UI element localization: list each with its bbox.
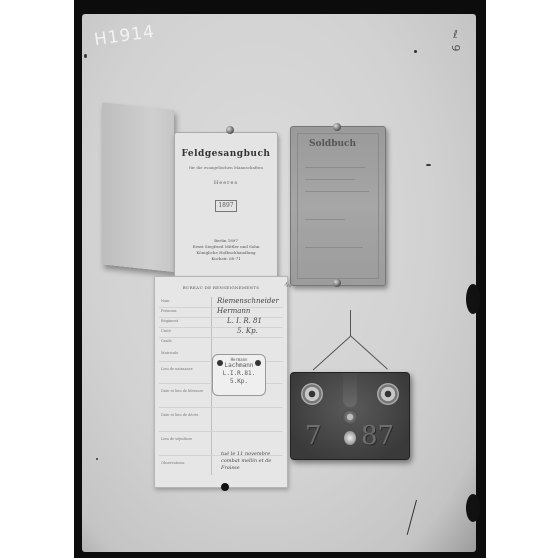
first-name-value: Hermann [217,307,250,315]
mounting-pin [226,126,234,134]
field-label: Grade [161,339,209,343]
leather-pouch: 7 87 [290,372,410,460]
hymnbook-cover [102,102,174,272]
photo-background: H1914 ℓ 9 Feldgesangbuch für die evangel… [82,14,476,552]
text-line [305,179,355,180]
field-label: Prénoms [161,309,209,313]
text-line [305,219,345,220]
company-value: 5. Kp. [237,327,258,335]
soldbuch-title: Soldbuch [309,139,356,149]
hymnbook-title: Feldgesangbuch [175,149,277,159]
tag-hole [255,360,261,366]
imprint-line: Kochstr. 68-71 [175,256,277,262]
pouch-numeral: 87 [361,421,394,451]
field-label: Date et lieu de blessure [161,389,209,393]
speck [84,54,87,58]
pouch-button [344,431,356,445]
scratch [407,500,417,535]
hanging-wire [350,335,388,369]
mounting-pin [333,123,341,131]
tag-line: L.I.R.81. [213,370,265,378]
soldbuch-border [297,133,379,279]
field-label: Régiment [161,319,209,323]
identity-tag: Hermann Lachmann L.I.R.81. 5.Kp. [212,354,266,396]
plate-number: H1914 [93,22,156,50]
cockade-icon [301,383,323,405]
hanging-wire [313,336,351,370]
ruled-line [159,337,283,338]
edge-blot [466,284,480,314]
pouch-numeral: 7 [305,421,322,451]
star-emblem-icon [342,409,358,425]
text-line [305,167,365,168]
ruled-line [159,431,283,432]
field-label: Nom [161,299,209,303]
regiment-value: L. I. R. 81 [227,317,262,325]
text-line [305,191,369,192]
plate-mark: ℓ 9 [449,28,462,52]
death-note: tué le 11 novembre combat mellin et de F… [221,451,283,472]
hymnbook-imprint: Berlin 1897 Ernst Siegfried Mittler und … [175,238,277,262]
ruled-line [159,407,283,408]
tag-line: 5.Kp. [213,378,265,386]
field-label: Matricule [161,351,209,355]
soldbuch: Soldbuch [290,126,386,286]
speck [426,164,431,166]
hymnbook-title-page: Feldgesangbuch für die evangelischen Man… [174,132,278,280]
hanging-wire [350,310,351,336]
tag-hole [217,360,223,366]
ruled-line [159,327,283,328]
text-line [305,247,363,248]
glass-plate: H1914 ℓ 9 Feldgesangbuch für die evangel… [74,0,486,558]
pouch-flap-tongue [343,373,357,407]
field-label: Observations [161,461,209,465]
ruled-line [159,317,283,318]
hymnbook-emblem: 1897 [215,200,237,212]
field-label: Date et lieu de décès [161,413,209,417]
idcard-header: BUREAU DE RENSEIGNEMENTS [155,285,287,290]
mounting-pin [221,483,229,491]
cockade-icon [377,383,399,405]
speck [414,50,417,53]
field-label: Lieu de sépulture [161,437,209,441]
speck [96,458,98,460]
mounting-pin [333,279,341,287]
field-label: Lieu de naissance [161,367,209,371]
name-value: Riemenschneider [217,297,279,305]
field-label: Unité [161,329,209,333]
hymnbook-region: Heeres [175,180,277,186]
hymnbook-subtitle: für die evangelischen Mannschaften [175,165,277,170]
edge-blot [466,494,480,522]
